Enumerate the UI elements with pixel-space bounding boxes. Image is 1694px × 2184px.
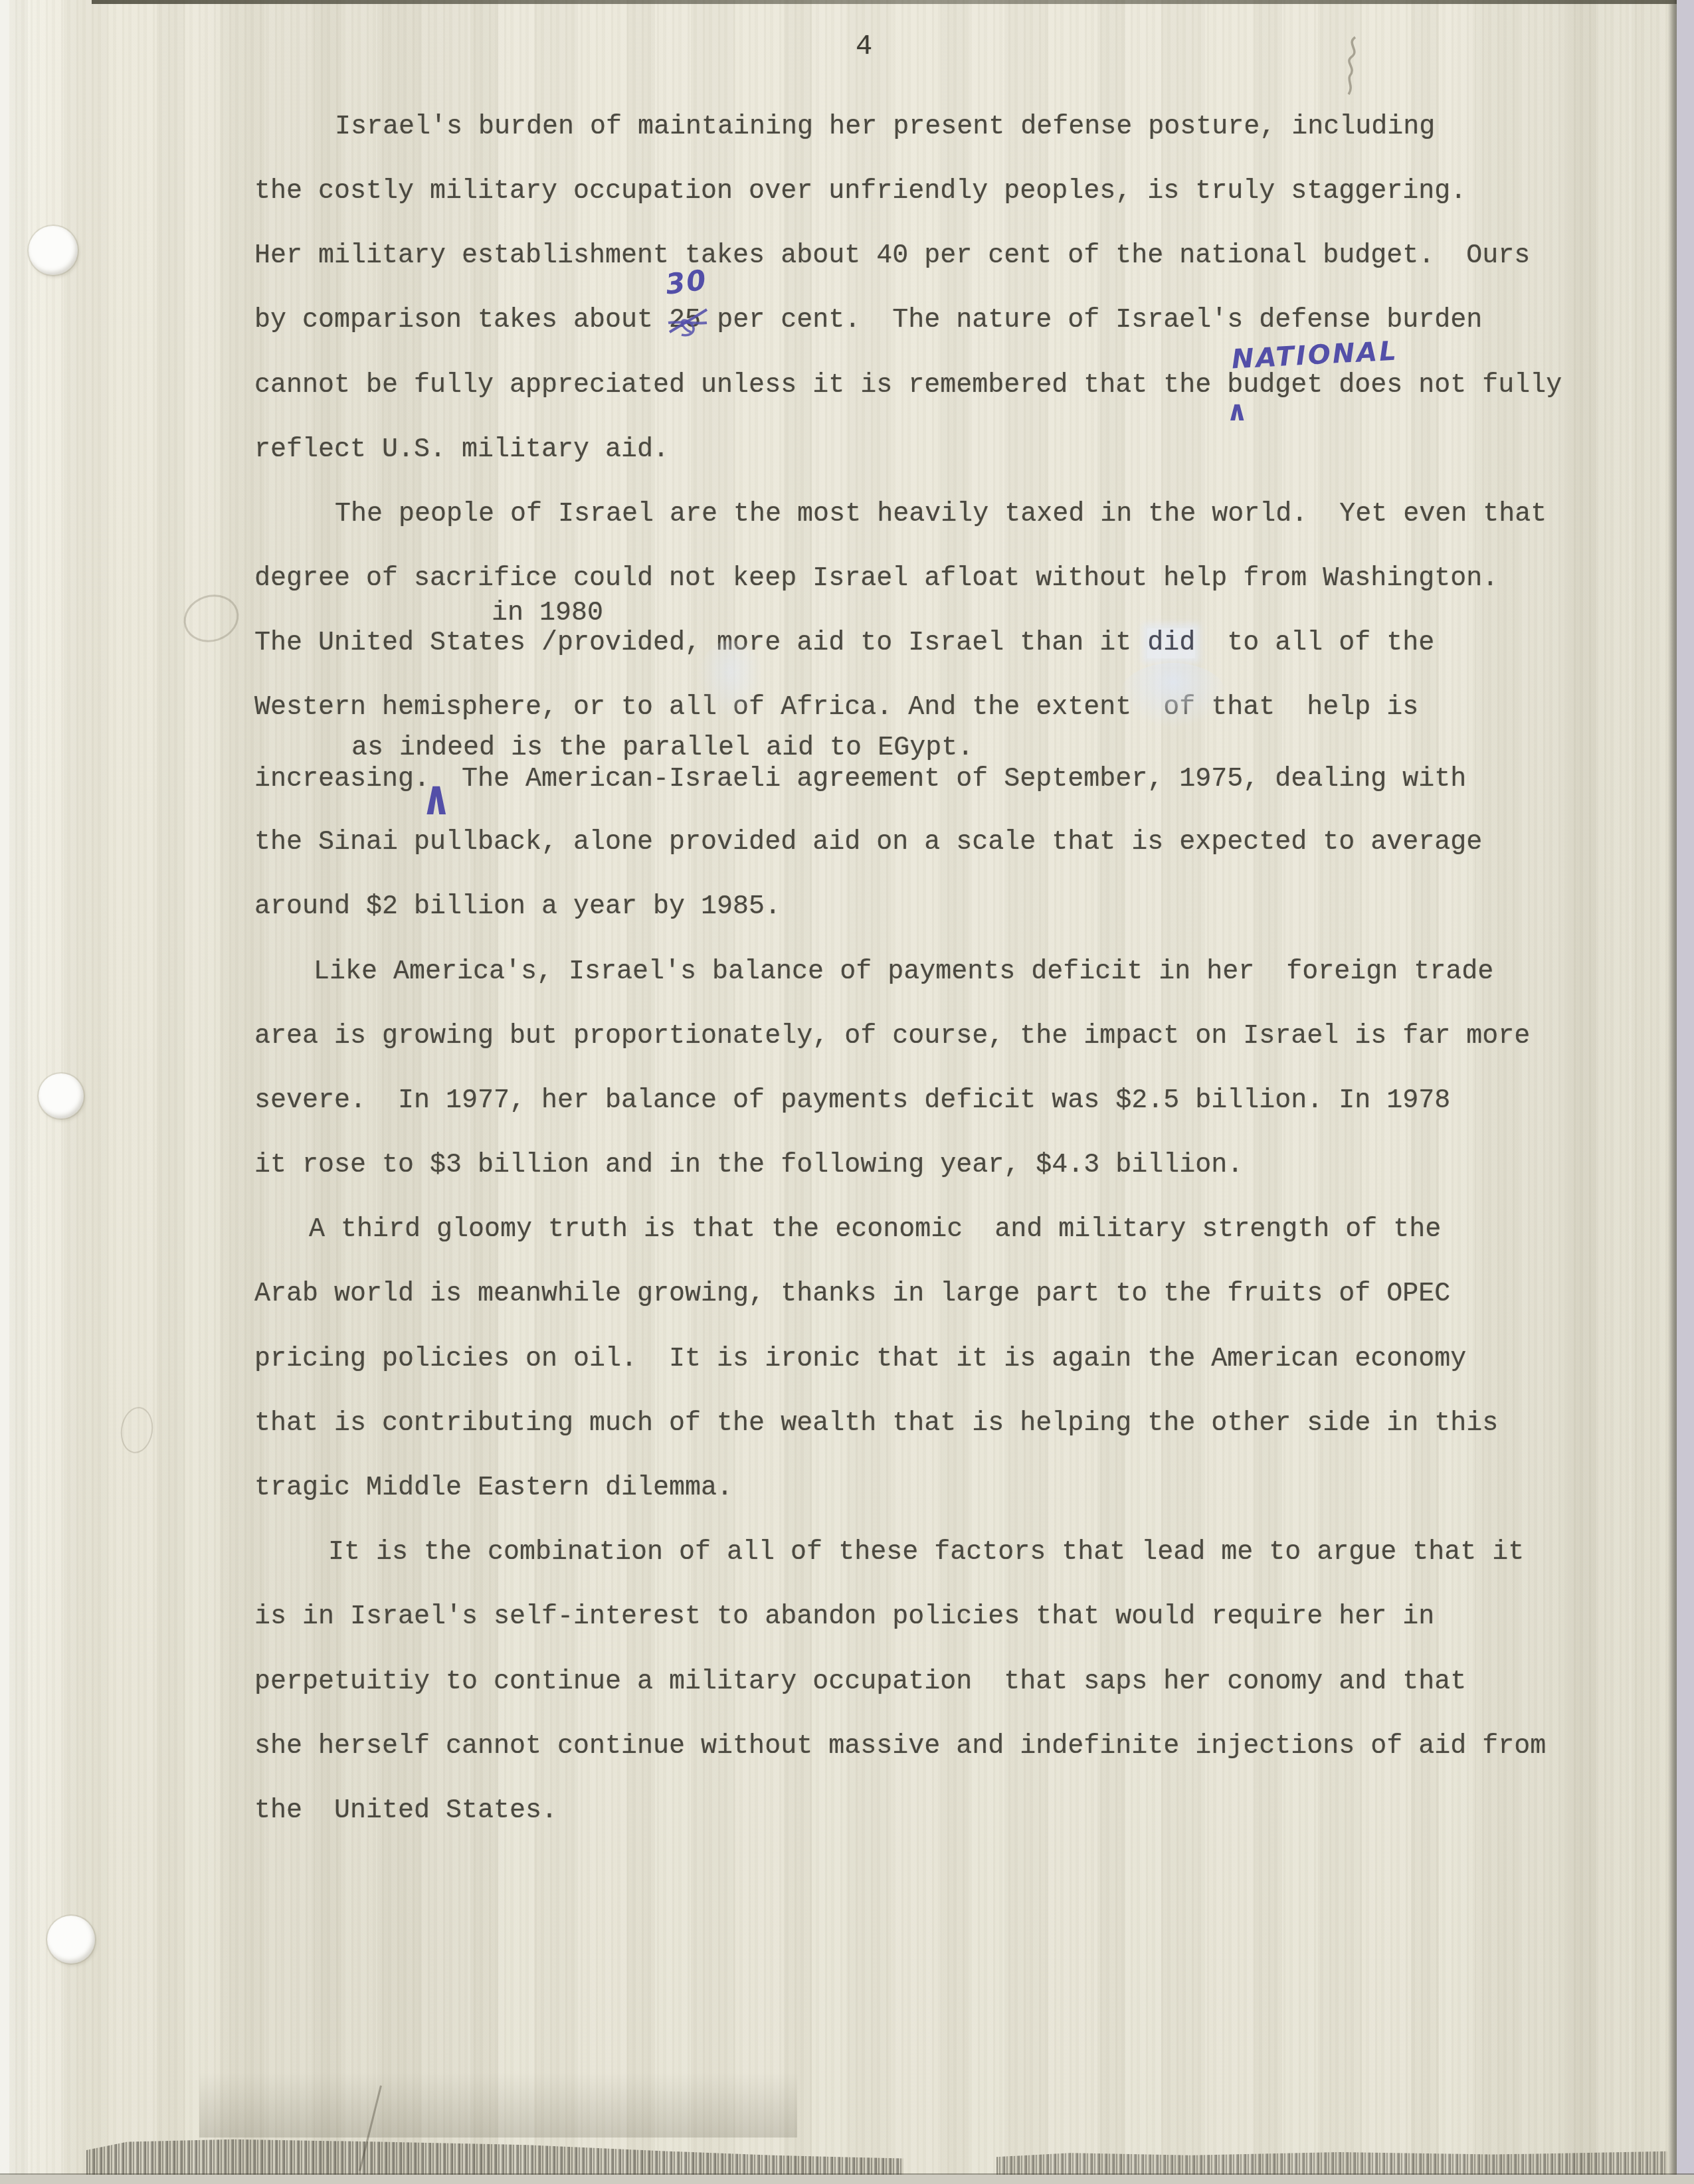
typed-insert-line: in 1980 [492, 598, 603, 630]
typed-line: severe. In 1977, her balance of payments… [254, 1085, 1450, 1117]
insertion-caret-icon: ∧ [421, 771, 451, 827]
typed-line: Like America's, Israel's balance of paym… [314, 956, 1493, 988]
typed-line: A third gloomy truth is that the economi… [309, 1214, 1441, 1246]
typed-insert-line: as indeed is the parallel aid to EGypt. [351, 733, 973, 765]
typed-line: perpetuitiy to continue a military occup… [254, 1667, 1466, 1698]
typed-line: Arab world is meanwhile growing, thanks … [254, 1279, 1450, 1311]
typed-line: the Sinai pullback, alone provided aid o… [254, 827, 1482, 859]
typed-line: area is growing but proportionately, of … [254, 1021, 1530, 1053]
scanner-left-strip [0, 0, 9, 2184]
typed-line: cannot be fully appreciated unless it is… [254, 370, 1562, 402]
typed-line: it rose to $3 billion and in the followi… [254, 1150, 1243, 1182]
ink-strikethrough-icon [667, 303, 709, 341]
typed-line-with-correction: by comparison takes about 25 per cent. T… [254, 305, 1482, 337]
page-bottom-edge [0, 2175, 1694, 2184]
photocopy-haze [199, 2072, 797, 2138]
punch-hole [47, 1916, 95, 1963]
scanner-right-strip [1677, 0, 1694, 2184]
typed-line: that is contributing much of the wealth … [254, 1408, 1498, 1440]
whiteout-smear [1120, 663, 1226, 727]
typed-line: pricing policies on oil. It is ironic th… [254, 1344, 1466, 1376]
typed-line: It is the combination of all of these fa… [328, 1537, 1524, 1569]
retyped-word-over-whiteout: did [1147, 628, 1195, 658]
typed-line: is in Israel's self-interest to abandon … [254, 1601, 1434, 1633]
punch-hole [29, 226, 78, 275]
pencil-circle-mark [118, 1405, 155, 1455]
handwritten-insertion-national: NATIONAL [1231, 335, 1399, 375]
page-right-edge [1667, 0, 1677, 2184]
scanned-document-page: 4 Israel's burden of maintaining her pre… [0, 0, 1694, 2184]
punch-hole [39, 1073, 84, 1119]
handwritten-correction-30: 30 [664, 263, 709, 300]
whiteout-smear [699, 640, 763, 719]
pencil-squiggle-icon [1339, 35, 1367, 98]
typed-segment: The United States /provided, more aid to… [254, 628, 1147, 658]
typed-line: she herself cannot continue without mass… [254, 1731, 1546, 1763]
page-number: 4 [856, 31, 872, 62]
pencil-circle-mark [177, 588, 245, 650]
insertion-caret-icon: ∧ [1226, 395, 1248, 427]
bottom-smudge-right [996, 2136, 1667, 2176]
typed-line: tragic Middle Eastern dilemma. [254, 1473, 733, 1504]
typed-line: degree of sacrifice could not keep Israe… [254, 563, 1498, 595]
typed-segment: by comparison takes about [254, 306, 669, 335]
typed-segment: to all of the [1195, 628, 1434, 658]
bottom-smudge-left [86, 2136, 903, 2176]
typed-line-with-whiteout: The United States /provided, more aid to… [254, 628, 1434, 660]
typed-line: Israel's burden of maintaining her prese… [335, 112, 1435, 143]
typed-segment: per cent. The nature of Israel's defense… [701, 306, 1482, 335]
typed-line: reflect U.S. military aid. [254, 434, 669, 466]
typed-line: the costly military occupation over unfr… [254, 176, 1466, 208]
page-top-edge [92, 0, 1677, 4]
typed-line: around $2 billion a year by 1985. [254, 891, 781, 923]
typed-line: The people of Israel are the most heavil… [335, 499, 1547, 531]
typed-line: Her military establishment takes about 4… [254, 240, 1530, 272]
typed-line: Western hemisphere, or to all of Africa.… [254, 692, 1418, 724]
typed-line: the United States. [254, 1795, 557, 1827]
